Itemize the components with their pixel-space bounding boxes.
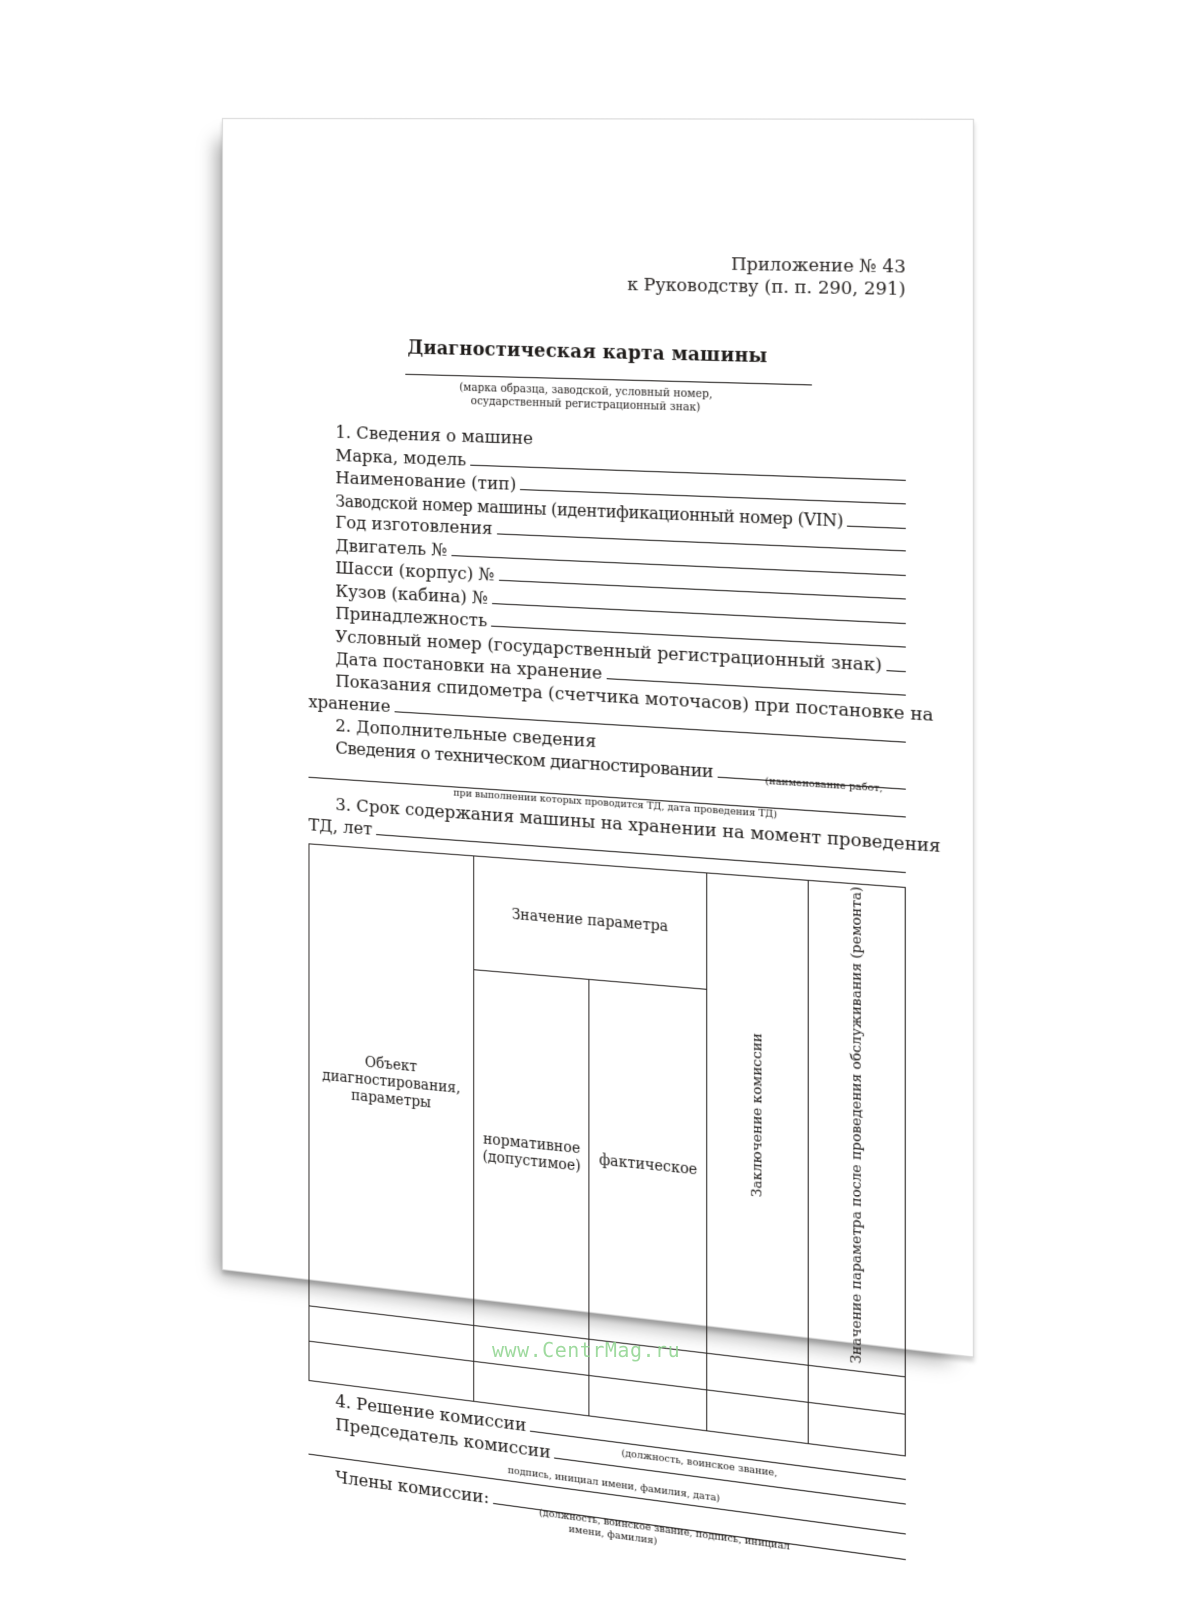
diagnostics-table: Объект диагностирования, параметры Значе… [309,843,906,1457]
col-after-header: Значение параметра после проведения обсл… [808,880,905,1377]
field-blank[interactable] [886,654,905,672]
document-sheet: Приложение № 43 к Руководству (п. п. 290… [222,118,974,1358]
col-after-label: Значение параметра после проведения обсл… [849,885,865,1364]
field-label: хранение [309,692,391,719]
field-label: Марка, модель [335,445,466,471]
col-conclusion-label: Заключение комиссии [750,1032,766,1197]
product-photo-stage: 4. Решение комиссии Председатель комисси… [0,0,1200,1611]
appendix-guide-ref: к Руководству (п. п. 290, 291) [627,274,905,301]
appendix-reference: Приложение № 43 к Руководству (п. п. 290… [627,253,905,302]
field-label: ТД, лет [309,815,373,841]
col-param-group-header: Значение параметра [474,855,707,989]
col-conclusion-header: Заключение комиссии [707,872,808,1365]
document-title: Диагностическая карта машины [223,333,973,372]
col-normative-header: нормативное (допустимое) [474,970,589,1339]
col-actual-header: фактическое [589,980,707,1354]
machine-id-hint: (марка образца, заводской, условный номе… [223,375,973,423]
field-blank[interactable] [847,509,905,528]
col-object-header: Объект диагностирования, параметры [309,843,474,1325]
site-watermark: www.CentrMag.ru [492,1338,680,1362]
document-sheet-wrapper: Приложение № 43 к Руководству (п. п. 290… [222,118,972,1355]
form-body: 1. Сведения о машине Марка, модель Наиме… [335,423,905,1582]
